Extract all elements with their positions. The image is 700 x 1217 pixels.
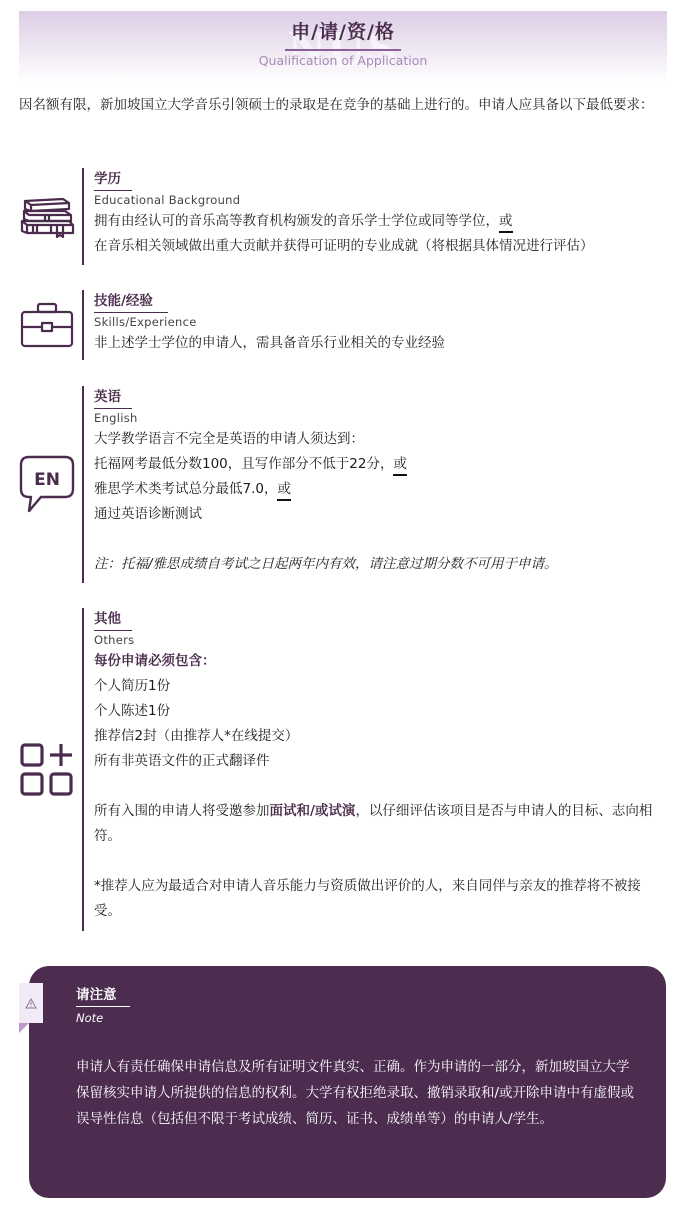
section-title: 其他 — [94, 610, 132, 631]
section-content: 学历 Educational Background 拥有由经认可的音乐高等教育机… — [94, 168, 664, 259]
svg-text:EN: EN — [34, 470, 60, 490]
or-label: 或 — [499, 212, 513, 233]
section-english: EN 英语 English 大学教学语言不完全是英语的申请人须达到： 托福网考最… — [18, 386, 668, 583]
required-doc-item: 个人陈述1份 — [94, 699, 664, 724]
notice-subtitle: Note — [76, 1010, 103, 1026]
section-divider-bar — [82, 386, 84, 583]
interview-paragraph: 所有入围的申请人将受邀参加面试和/或试演，以仔细评估该项目是否与申请人的目标、志… — [94, 799, 664, 849]
required-doc-item: 所有非英语文件的正式翻译件 — [94, 749, 664, 774]
required-docs-heading: 每份申请必须包含： — [94, 649, 664, 674]
section-title: 技能/经验 — [94, 292, 168, 313]
requirement-line: 托福网考最低分数100，且写作部分不低于22分，或 — [94, 452, 664, 477]
requirement-text: 托福网考最低分数100，且写作部分不低于22分， — [94, 456, 393, 472]
interview-text: 所有入围的申请人将受邀参加 — [94, 803, 270, 819]
requirement-text: 雅思学术类考试总分最低7.0， — [94, 481, 277, 497]
section-subtitle: English — [94, 409, 664, 427]
required-doc-item: 个人简历1份 — [94, 674, 664, 699]
notice-title: 请注意 — [76, 986, 130, 1007]
requirement-line: 大学教学语言不完全是英语的申请人须达到： — [94, 427, 664, 452]
validity-note: 注：托福/雅思成绩自考试之日起两年内有效，请注意过期分数不可用于申请。 — [94, 552, 664, 577]
section-education: 学历 Educational Background 拥有由经认可的音乐高等教育机… — [18, 168, 668, 265]
intro-paragraph: 因名额有限，新加坡国立大学音乐引领硕士的录取是在竞争的基础上进行的。申请人应具备… — [19, 93, 669, 118]
or-label: 或 — [277, 480, 291, 501]
section-content: 技能/经验 Skills/Experience 非上述学士学位的申请人，需具备音… — [94, 290, 664, 356]
requirement-line: 拥有由经认可的音乐高等教育机构颁发的音乐学士学位或同等学位，或 — [94, 209, 664, 234]
page-title: 申/请/资/格 — [289, 19, 397, 45]
notice-flag — [19, 983, 43, 1023]
referee-note: *推荐人应为最适合对申请人音乐能力与资质做出评价的人，来自同伴与亲友的推荐将不被… — [94, 874, 664, 924]
section-divider-bar — [82, 290, 84, 360]
section-divider-bar — [82, 608, 84, 931]
page-subtitle: Qualification of Application — [19, 53, 667, 69]
requirement-text: 拥有由经认可的音乐高等教育机构颁发的音乐学士学位或同等学位， — [94, 213, 499, 229]
title-divider — [285, 49, 401, 51]
books-icon — [18, 194, 76, 240]
warning-icon — [25, 998, 37, 1009]
en-speech-bubble-icon: EN — [18, 454, 76, 514]
section-subtitle: Others — [94, 631, 664, 649]
section-content: 其他 Others 每份申请必须包含： 个人简历1份 个人陈述1份 推荐信2封（… — [94, 608, 664, 924]
add-grid-icon — [18, 742, 76, 798]
interview-highlight: 面试和/或试演 — [270, 803, 356, 819]
requirement-line: 在音乐相关领域做出重大贡献并获得可证明的专业成就（将根据具体情况进行评估） — [94, 234, 664, 259]
section-skills: 技能/经验 Skills/Experience 非上述学士学位的申请人，需具备音… — [18, 290, 668, 360]
section-subtitle: Skills/Experience — [94, 313, 664, 331]
section-content: 英语 English 大学教学语言不完全是英语的申请人须达到： 托福网考最低分数… — [94, 386, 664, 577]
section-title: 英语 — [94, 388, 132, 409]
notice-body: 申请人有责任确保申请信息及所有证明文件真实、正确。作为申请的一部分，新加坡国立大… — [76, 1054, 642, 1132]
section-title: 学历 — [94, 170, 132, 191]
requirement-line: 通过英语诊断测试 — [94, 502, 664, 527]
or-label: 或 — [393, 455, 407, 476]
requirement-line: 非上述学士学位的申请人，需具备音乐行业相关的专业经验 — [94, 331, 664, 356]
section-subtitle: Educational Background — [94, 191, 664, 209]
requirement-line: 雅思学术类考试总分最低7.0，或 — [94, 477, 664, 502]
briefcase-icon — [18, 300, 76, 350]
section-others: 其他 Others 每份申请必须包含： 个人简历1份 个人陈述1份 推荐信2封（… — [18, 608, 668, 931]
required-doc-item: 推荐信2封（由推荐人*在线提交） — [94, 724, 664, 749]
notice-flag-fold — [19, 1023, 29, 1033]
section-divider-bar — [82, 168, 84, 265]
header-banner: NUS 申/请/资/格 Qualification of Application — [19, 11, 667, 83]
